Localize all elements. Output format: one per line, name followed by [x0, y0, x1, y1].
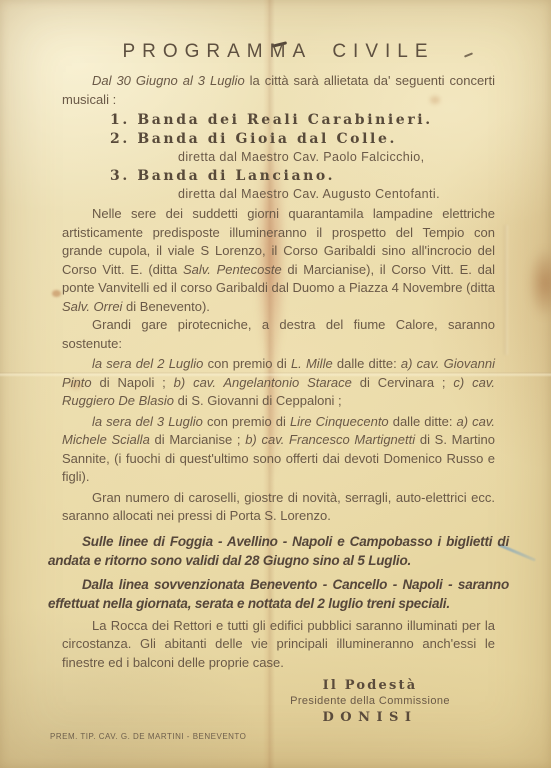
- band-number: 3.: [110, 168, 130, 184]
- band-item-2: 2. Banda di Gioia dal Colle.: [110, 130, 495, 149]
- july3-text: con premio di: [203, 414, 290, 429]
- band-item-1: 1. Banda dei Reali Carabinieri.: [110, 111, 495, 130]
- band-list: 1. Banda dei Reali Carabinieri. 2. Banda…: [110, 111, 495, 203]
- band-item-3: 3. Banda di Lanciano.: [110, 167, 495, 186]
- firm-orrei: Salv. Orrei: [62, 299, 122, 314]
- july3-text: di Marcianise ;: [150, 432, 245, 447]
- july2-firm-b: b) cav. Angelantonio Starace: [174, 375, 352, 390]
- paragraph-fireworks-intro: Grandi gare pirotecniche, a destra del f…: [62, 316, 495, 353]
- signature-block: Il Podestà Presidente della Commissione …: [255, 678, 485, 726]
- signature-subtitle: Presidente della Commissione: [255, 694, 485, 708]
- band-name: Banda di Lanciano.: [137, 168, 335, 184]
- paragraph-lights: Nelle sere dei suddetti giorni quarantam…: [62, 205, 495, 316]
- july2-text: di S. Giovanni di Ceppaloni ;: [174, 393, 342, 408]
- signature-name: DONISI: [255, 710, 485, 726]
- band-number: 1.: [110, 112, 130, 128]
- band-director-2: diretta dal Maestro Cav. Paolo Falcicchi…: [178, 149, 495, 167]
- paragraph-rail-foggia: Sulle linee di Foggia - Avellino - Napol…: [48, 532, 509, 570]
- printed-content: PROGRAMMA CIVILE Dal 30 Giugno al 3 Lugl…: [0, 0, 551, 768]
- july3-text: dalle ditte:: [389, 414, 457, 429]
- scanned-poster-page: PROGRAMMA CIVILE Dal 30 Giugno al 3 Lugl…: [0, 0, 551, 768]
- paragraph-illumination: La Rocca dei Rettori e tutti gli edifici…: [62, 617, 495, 673]
- band-name: Banda di Gioia dal Colle.: [137, 131, 397, 147]
- july3-prize: Lire Cinquecento: [290, 414, 389, 429]
- page-title: PROGRAMMA CIVILE: [62, 40, 495, 64]
- paragraph-july2: la sera del 2 Luglio con premio di L. Mi…: [62, 355, 495, 411]
- paragraph-rail-benevento: Dalla linea sovvenzionata Benevento - Ca…: [48, 575, 509, 613]
- signature-role: Il Podestà: [255, 678, 485, 694]
- band-director-3: diretta dal Maestro Cav. Augusto Centofa…: [178, 186, 495, 204]
- july2-text: con premio di: [203, 356, 291, 371]
- july2-text: di Napoli ;: [92, 375, 174, 390]
- july2-text: di Cervinara ;: [352, 375, 454, 390]
- paragraph-carousels: Gran numero di caroselli, giostre di nov…: [62, 489, 495, 526]
- july2-date: la sera del 2 Luglio: [92, 356, 203, 371]
- paragraph-july3: la sera del 3 Luglio con premio di Lire …: [62, 413, 495, 487]
- intro-dates: Dal 30 Giugno al 3 Luglio: [92, 73, 245, 88]
- printer-credit: PREM. TIP. CAV. G. DE MARTINI - BENEVENT…: [50, 732, 246, 742]
- band-number: 2.: [110, 131, 130, 147]
- lights-text: di Benevento).: [122, 299, 209, 314]
- band-name: Banda dei Reali Carabinieri.: [137, 112, 432, 128]
- july3-firm-b: b) cav. Francesco Martignetti: [245, 432, 415, 447]
- july2-prize: L. Mille: [291, 356, 333, 371]
- july2-text: dalle ditte:: [333, 356, 401, 371]
- july3-date: la sera del 3 Luglio: [92, 414, 203, 429]
- intro-paragraph: Dal 30 Giugno al 3 Luglio la città sarà …: [62, 72, 495, 109]
- firm-pentecoste: Salv. Pentecoste: [183, 262, 282, 277]
